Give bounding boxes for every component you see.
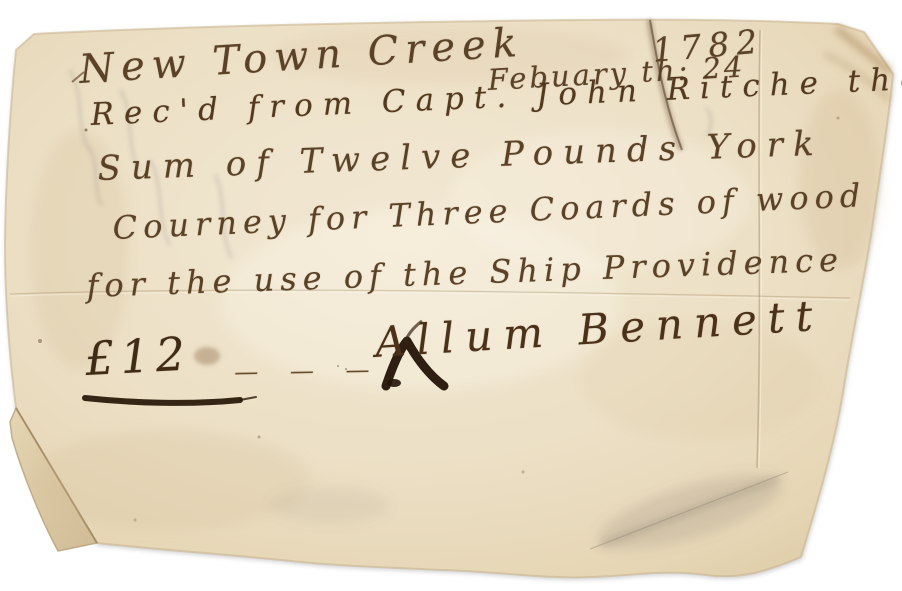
signature-text: Allum Bennett xyxy=(374,295,825,364)
amount-dashes: — — — xyxy=(234,357,382,384)
body-line-2: Sum of Twelve Pounds York xyxy=(97,127,824,186)
body-line-4: for the use of the Ship Providence xyxy=(86,244,845,302)
year-text: 1782 xyxy=(651,24,765,67)
place-text: New Town Creek xyxy=(78,23,525,90)
photo-background: New Town Creek Febuary th: 24 1782 Rec'd… xyxy=(0,0,902,591)
body-line-3: Courney for Three Coards of wood xyxy=(112,179,867,244)
amount-text: £12 xyxy=(84,330,192,381)
handwriting-layer: New Town Creek Febuary th: 24 1782 Rec'd… xyxy=(0,0,902,591)
